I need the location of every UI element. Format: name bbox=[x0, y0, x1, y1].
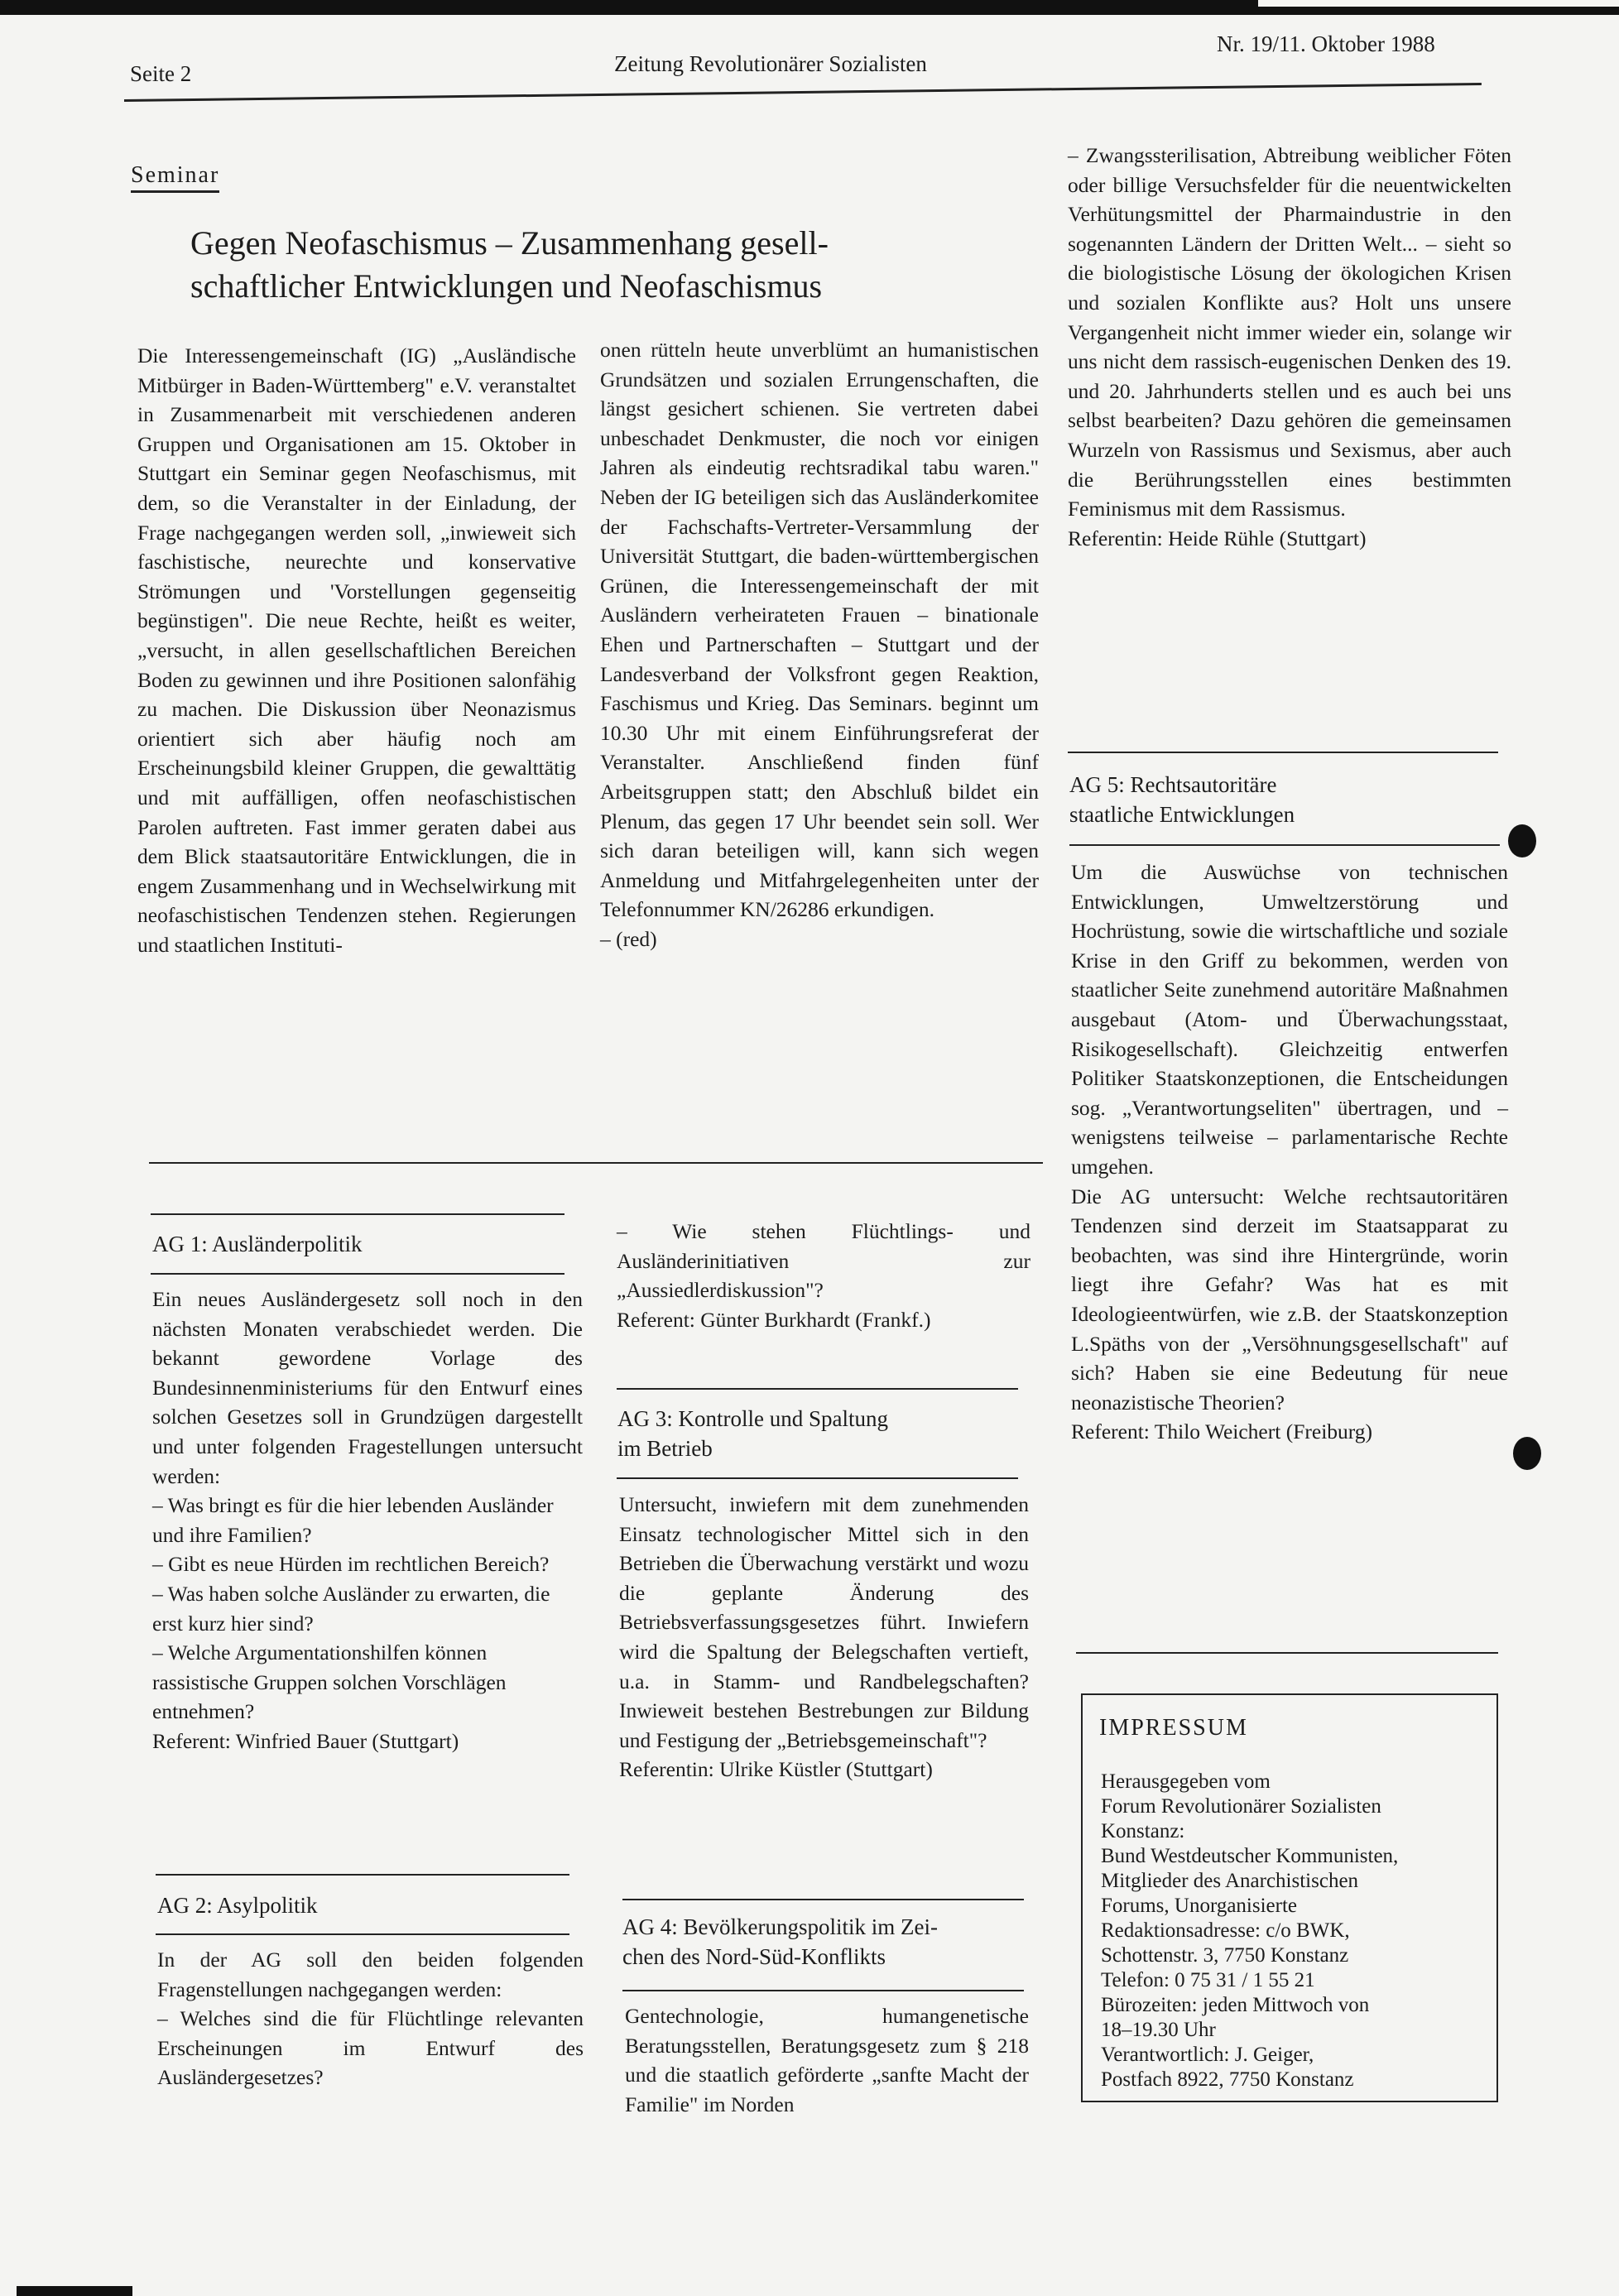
header-rule bbox=[124, 83, 1482, 102]
ag4-top-rule bbox=[622, 1899, 1024, 1900]
ag3-bottom-rule bbox=[617, 1477, 1018, 1479]
impressum-line: Schottenstr. 3, 7750 Konstanz bbox=[1101, 1943, 1398, 1968]
ag1-question: – Welche Argumentationshilfen können ras… bbox=[152, 1638, 583, 1727]
ag1-question: – Was bringt es für die hier lebenden Au… bbox=[152, 1491, 583, 1549]
ag3-body: Untersucht, inwiefern mit dem zunehmende… bbox=[619, 1490, 1029, 1755]
article-signoff: – (red) bbox=[600, 925, 1039, 954]
ag5-body-1: Um die Auswüchse von technischen Entwick… bbox=[1071, 857, 1508, 1182]
ag4-heading: AG 4: Bevölkerungspolitik im Zei- chen d… bbox=[622, 1912, 938, 1972]
ag2-question: – Welches sind die für Flüchtlinge relev… bbox=[157, 2004, 584, 2092]
scan-border-gap bbox=[1258, 0, 1619, 7]
ag4-bottom-rule bbox=[622, 1990, 1024, 1991]
issue-date: Nr. 19/11. Oktober 1988 bbox=[1217, 31, 1435, 57]
ag3-heading-line-2: im Betrieb bbox=[617, 1434, 888, 1463]
headline-line-2: schaftlicher Entwicklungen und Neofaschi… bbox=[190, 265, 1002, 308]
ag5-body-2: Die AG untersucht: Welche rechtsautoritä… bbox=[1071, 1182, 1508, 1418]
ag2-top-rule bbox=[156, 1874, 569, 1876]
section-kicker: Seminar bbox=[131, 162, 219, 193]
ag4-referent: Referentin: Heide Rühle (Stuttgart) bbox=[1068, 524, 1511, 554]
ag4-body: Gentechnologie, humangenetische Beratung… bbox=[625, 2001, 1029, 2119]
headline-line-1: Gegen Neofaschismus – Zusammenhang gesel… bbox=[190, 222, 1002, 265]
ag5-top-rule bbox=[1068, 752, 1498, 753]
impressum-line: Bund Westdeutscher Kommunisten, bbox=[1101, 1844, 1398, 1869]
ag3-referent: Referentin: Ulrike Küstler (Stuttgart) bbox=[619, 1755, 1029, 1784]
impressum-line: Postfach 8922, 7750 Konstanz bbox=[1101, 2068, 1398, 2092]
ag5-heading-line-2: staatliche Entwicklungen bbox=[1069, 800, 1295, 829]
ag2-bottom-rule bbox=[156, 1933, 569, 1935]
punch-hole bbox=[1513, 1437, 1541, 1470]
article-column-2: onen rütteln heute unverblümt an humanis… bbox=[600, 335, 1039, 953]
impressum-line: Konstanz: bbox=[1101, 1819, 1398, 1844]
ag2-referent: Referent: Günter Burkhardt (Frankf.) bbox=[617, 1305, 1030, 1335]
impressum-lines: Herausgegeben vom Forum Revolutionärer S… bbox=[1101, 1770, 1398, 2092]
ag2-intro: In der AG soll den beiden folgenden Frag… bbox=[157, 1945, 584, 2004]
ag4-heading-line-2: chen des Nord-Süd-Konflikts bbox=[622, 1942, 938, 1972]
impressum-line: Redaktionsadresse: c/o BWK, bbox=[1101, 1919, 1398, 1943]
ag3-heading-line-1: AG 3: Kontrolle und Spaltung bbox=[617, 1404, 888, 1434]
article-headline: Gegen Neofaschismus – Zusammenhang gesel… bbox=[190, 222, 1002, 308]
ag4-section: Gentechnologie, humangenetische Beratung… bbox=[625, 2001, 1029, 2119]
ag2-question: – Wie stehen Flüchtlings- und Ausländeri… bbox=[617, 1217, 1030, 1305]
ag1-top-rule bbox=[151, 1213, 564, 1215]
ag5-referent: Referent: Thilo Weichert (Freiburg) bbox=[1071, 1417, 1508, 1447]
impressum-box: IMPRESSUM Herausgegeben vom Forum Revolu… bbox=[1081, 1693, 1498, 2102]
impressum-line: Telefon: 0 75 31 / 1 55 21 bbox=[1101, 1968, 1398, 1993]
ag1-section: Ein neues Ausländergesetz soll noch in d… bbox=[152, 1285, 583, 1756]
page-number: Seite 2 bbox=[130, 61, 191, 87]
ag1-question: – Was haben solche Ausländer zu erwarten… bbox=[152, 1579, 583, 1638]
ag1-heading: AG 1: Ausländerpolitik bbox=[152, 1229, 362, 1259]
ag3-section: Untersucht, inwiefern mit dem zunehmende… bbox=[619, 1490, 1029, 1784]
ag5-heading-line-1: AG 5: Rechtsautoritäre bbox=[1069, 770, 1295, 800]
impressum-top-rule bbox=[1076, 1652, 1498, 1654]
ag2-continuation: – Wie stehen Flüchtlings- und Ausländeri… bbox=[617, 1217, 1030, 1334]
scan-border-bottom bbox=[17, 2286, 132, 2296]
punch-hole bbox=[1508, 824, 1536, 857]
ag5-bottom-rule bbox=[1069, 844, 1500, 846]
ag3-top-rule bbox=[617, 1388, 1018, 1390]
impressum-line: Mitglieder des Anarchistischen bbox=[1101, 1869, 1398, 1894]
ag1-bottom-rule bbox=[151, 1273, 564, 1275]
ag5-heading: AG 5: Rechtsautoritäre staatliche Entwic… bbox=[1069, 770, 1295, 829]
impressum-line: Bürozeiten: jeden Mittwoch von bbox=[1101, 1993, 1398, 2018]
ag4-continuation: – Zwangssterilisation, Abtreibung weibli… bbox=[1068, 141, 1511, 553]
ag4-heading-line-1: AG 4: Bevölkerungspolitik im Zei- bbox=[622, 1912, 938, 1942]
ag1-intro: Ein neues Ausländergesetz soll noch in d… bbox=[152, 1285, 583, 1491]
article-body-col1: Die Interessengemeinschaft (IG) „Ausländ… bbox=[137, 341, 576, 959]
ag4-body-continued: – Zwangssterilisation, Abtreibung weibli… bbox=[1068, 141, 1511, 524]
article-end-rule bbox=[149, 1162, 1043, 1164]
publication-title: Zeitung Revolutionärer Sozialisten bbox=[614, 51, 927, 77]
impressum-line: Herausgegeben vom bbox=[1101, 1770, 1398, 1794]
impressum-line: Verantwortlich: J. Geiger, bbox=[1101, 2043, 1398, 2068]
ag5-section: Um die Auswüchse von technischen Entwick… bbox=[1071, 857, 1508, 1447]
ag2-heading: AG 2: Asylpolitik bbox=[157, 1890, 318, 1920]
impressum-line: 18–19.30 Uhr bbox=[1101, 2018, 1398, 2043]
ag1-referent: Referent: Winfried Bauer (Stuttgart) bbox=[152, 1727, 583, 1756]
ag2-section: In der AG soll den beiden folgenden Frag… bbox=[157, 1945, 584, 2092]
article-body-col2: onen rütteln heute unverblümt an humanis… bbox=[600, 335, 1039, 925]
ag3-heading: AG 3: Kontrolle und Spaltung im Betrieb bbox=[617, 1404, 888, 1463]
impressum-line: Forums, Unorganisierte bbox=[1101, 1894, 1398, 1919]
article-column-1: Die Interessengemeinschaft (IG) „Ausländ… bbox=[137, 341, 576, 959]
impressum-line: Forum Revolutionärer Sozialisten bbox=[1101, 1794, 1398, 1819]
ag1-question: – Gibt es neue Hürden im rechtlichen Ber… bbox=[152, 1549, 583, 1579]
impressum-title: IMPRESSUM bbox=[1099, 1715, 1248, 1741]
